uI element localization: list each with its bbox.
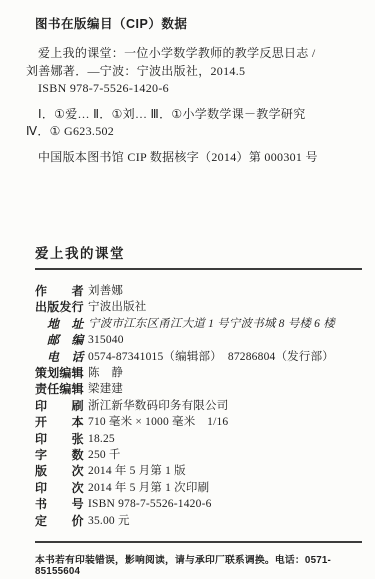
cip-line: 刘善娜著．—宁波：宁波出版社，2014.5 <box>26 63 362 81</box>
colophon-row-label: 印 张 <box>35 431 88 447</box>
colophon-row: 电 话0574-87341015（编辑部） 87286804（发行部） <box>35 349 362 365</box>
colophon-row-label: 作 者 <box>35 283 88 299</box>
colophon-row: 印 次2014 年 5 月第 1 次印刷 <box>35 480 362 496</box>
colophon-row: 作 者刘善娜 <box>35 283 362 299</box>
colophon-row-value: 浙江新华数码印务有限公司 <box>88 400 228 412</box>
cip-lines: 爱上我的课堂：一位小学数学教师的教学反思日志 /刘善娜著．—宁波：宁波出版社，2… <box>26 45 362 166</box>
book-copyright-page: 图书在版编目（CIP）数据 爱上我的课堂：一位小学数学教师的教学反思日志 /刘善… <box>0 0 375 579</box>
colophon-row: 版 次2014 年 5 月第 1 版 <box>35 463 362 479</box>
colophon-row: 印 张18.25 <box>35 431 362 447</box>
colophon-row: 印 刷浙江新华数码印务有限公司 <box>35 398 362 414</box>
divider-bottom <box>35 541 362 543</box>
colophon-row-label: 书 号 <box>35 496 88 512</box>
colophon-row-label: 版 次 <box>35 463 88 479</box>
cip-line: 中国版本图书馆 CIP 数据核字（2014）第 000301 号 <box>26 149 362 167</box>
colophon-row: 书 号ISBN 978-7-5526-1420-6 <box>35 496 362 512</box>
colophon-row: 出版发行宁波出版社 <box>35 299 362 315</box>
cip-line: 爱上我的课堂：一位小学数学教师的教学反思日志 / <box>26 45 362 63</box>
colophon-row: 责任编辑梁建建 <box>35 381 362 397</box>
colophon-row-label: 字 数 <box>35 447 88 463</box>
colophon-row-value: 刘善娜 <box>88 285 123 297</box>
colophon-row-value: 2014 年 5 月第 1 次印刷 <box>88 482 209 494</box>
colophon-table: 作 者刘善娜出版发行宁波出版社地 址宁波市江东区甬江大道 1 号宁波书城 8 号… <box>35 283 362 529</box>
cip-line: Ⅰ．①爱… Ⅱ．①刘… Ⅲ．①小学数学课－教学研究 <box>26 106 362 124</box>
colophon-row-value: 18.25 <box>88 433 115 445</box>
colophon-row-label: 出版发行 <box>35 299 88 315</box>
colophon-row-value: 梁建建 <box>88 383 123 395</box>
colophon-row-value: 315040 <box>88 334 124 346</box>
colophon-row-label: 印 次 <box>35 480 88 496</box>
cip-block: 图书在版编目（CIP）数据 爱上我的课堂：一位小学数学教师的教学反思日志 /刘善… <box>26 14 362 166</box>
colophon-row-label: 定 价 <box>35 513 88 529</box>
colophon-row: 邮 编315040 <box>35 332 362 348</box>
divider-top <box>35 268 362 270</box>
colophon-row: 字 数250 千 <box>35 447 362 463</box>
colophon-row: 策划编辑陈 静 <box>35 365 362 381</box>
book-title: 爱上我的课堂 <box>35 242 362 262</box>
colophon-row-value: 宁波出版社 <box>88 301 147 313</box>
colophon-row: 定 价35.00 元 <box>35 513 362 529</box>
colophon-row-value: 0574-87341015（编辑部） 87286804（发行部） <box>88 351 334 363</box>
colophon-row-label: 开 本 <box>35 414 88 430</box>
colophon-row-value: 陈 静 <box>88 367 123 379</box>
colophon-row-value: 710 毫米 × 1000 毫米 1/16 <box>88 416 228 428</box>
colophon-row: 地 址宁波市江东区甬江大道 1 号宁波书城 8 号楼 6 楼 <box>35 316 362 332</box>
colophon-row-label: 邮 编 <box>47 332 88 348</box>
colophon-row-value: 250 千 <box>88 449 121 461</box>
cip-line: ISBN 978-7-5526-1420-6 <box>26 80 362 98</box>
colophon-row-value: 35.00 元 <box>88 515 130 527</box>
colophon-row-value: ISBN 978-7-5526-1420-6 <box>88 498 212 510</box>
colophon-row-label: 电 话 <box>47 349 88 365</box>
cip-line: Ⅳ．① G623.502 <box>26 123 362 141</box>
colophon-row-label: 印 刷 <box>35 398 88 414</box>
colophon-row-label: 责任编辑 <box>35 381 88 397</box>
colophon-row-value: 2014 年 5 月第 1 版 <box>88 465 186 477</box>
footer-note: 本书若有印装错误，影响阅读，请与承印厂联系调换。电话：0571-85155604 <box>35 552 362 577</box>
colophon-row-label: 地 址 <box>47 316 88 332</box>
colophon-row: 开 本710 毫米 × 1000 毫米 1/16 <box>35 414 362 430</box>
colophon-row-label: 策划编辑 <box>35 365 88 381</box>
colophon-row-value: 宁波市江东区甬江大道 1 号宁波书城 8 号楼 6 楼 <box>88 318 335 330</box>
cip-header: 图书在版编目（CIP）数据 <box>35 14 362 32</box>
